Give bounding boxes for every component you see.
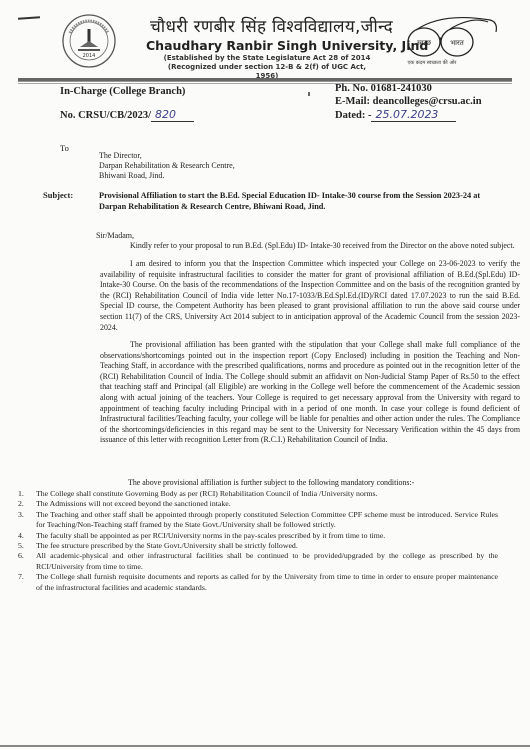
paragraph-text: I am desired to inform you that the Insp… xyxy=(100,259,520,332)
svg-text:एक कदम स्वच्छता की ओर: एक कदम स्वच्छता की ओर xyxy=(408,59,458,66)
condition-item: 7.The College shall furnish requisite do… xyxy=(18,572,498,593)
condition-item: 1.The College shall constitute Governing… xyxy=(18,489,498,499)
page-bottom-edge xyxy=(0,745,530,747)
to-label: To xyxy=(60,143,69,153)
letterhead-divider-thin xyxy=(18,83,512,84)
condition-number: 4. xyxy=(18,531,36,541)
letter-page: 2014 स्वच्छ भारत एक कदम स्वच्छता की ओर च… xyxy=(0,0,530,750)
subject-label: Subject: xyxy=(43,190,73,200)
scan-mark xyxy=(18,16,40,20)
body-paragraph: I am desired to inform you that the Insp… xyxy=(100,259,520,333)
condition-text: All academic-physical and other infrastr… xyxy=(36,551,498,572)
paragraph-text: The provisional affiliation has been gra… xyxy=(100,340,520,444)
conditions-intro: The above provisional affiliation is fur… xyxy=(128,478,414,487)
reference-prefix: No. CRSU/CB/2023/ xyxy=(60,110,151,121)
established-line: (Established by the State Legislature Ac… xyxy=(162,54,372,63)
reference-number: No. CRSU/CB/2023/820 xyxy=(60,108,194,121)
condition-text: The faculty shall be appointed as per RC… xyxy=(36,531,498,541)
office-name: In-Charge (College Branch) xyxy=(60,86,185,97)
condition-item: 4.The faculty shall be appointed as per … xyxy=(18,531,498,541)
condition-number: 5. xyxy=(18,541,36,551)
condition-item: 5.The fee structure prescribed by the St… xyxy=(18,541,498,551)
condition-text: The College shall furnish requisite docu… xyxy=(36,572,498,593)
salutation: Sir/Madam, xyxy=(96,231,134,240)
condition-text: The Teaching and other staff shall be ap… xyxy=(36,510,498,531)
establishment-note: (Established by the State Legislature Ac… xyxy=(162,54,372,81)
phone-number: Ph. No. 01681-241030 xyxy=(335,83,432,94)
condition-number: 6. xyxy=(18,551,36,572)
subject-text: Provisional Affiliation to start the B.E… xyxy=(99,190,489,212)
condition-text: The College shall constitute Governing B… xyxy=(36,489,498,499)
condition-text: The fee structure prescribed by the Stat… xyxy=(36,541,498,551)
condition-number: 1. xyxy=(18,489,36,499)
condition-item: 2.The Admissions will not exceed beyond … xyxy=(18,499,498,509)
conditions-list: 1.The College shall constitute Governing… xyxy=(18,489,498,593)
recipient-line: The Director, xyxy=(99,151,235,161)
condition-item: 6.All academic-physical and other infras… xyxy=(18,551,498,572)
svg-text:भारत: भारत xyxy=(450,39,465,47)
condition-item: 3.The Teaching and other staff shall be … xyxy=(18,510,498,531)
svg-text:2014: 2014 xyxy=(83,53,96,59)
recipient-line: Bhiwani Road, Jind. xyxy=(99,171,235,181)
date-handwritten: 25.07.2023 xyxy=(371,108,456,122)
condition-number: 7. xyxy=(18,572,36,593)
body-paragraph: The provisional affiliation has been gra… xyxy=(100,340,520,446)
scan-speck xyxy=(308,92,310,96)
recipient-line: Darpan Rehabilitation & Research Centre, xyxy=(99,161,235,171)
university-name-hindi: चौधरी रणबीर सिंह विश्वविद्यालय,जीन्द xyxy=(150,14,393,37)
body-paragraph: Kindly refer to your proposal to run B.E… xyxy=(100,241,520,252)
paragraph-text: Kindly refer to your proposal to run B.E… xyxy=(130,241,515,250)
date-prefix: Dated: - xyxy=(335,110,371,121)
letterhead-divider xyxy=(18,78,512,82)
university-seal-icon: 2014 xyxy=(60,13,118,69)
letter-date: Dated: -25.07.2023 xyxy=(335,108,456,121)
university-name-english: Chaudhary Ranbir Singh University, Jind xyxy=(146,38,428,53)
recipient-address: The Director, Darpan Rehabilitation & Re… xyxy=(99,151,235,181)
condition-number: 3. xyxy=(18,510,36,531)
reference-number-handwritten: 820 xyxy=(151,108,194,122)
condition-text: The Admissions will not exceed beyond th… xyxy=(36,499,498,509)
condition-number: 2. xyxy=(18,499,36,509)
email-address: E-Mail: deancolleges@crsu.ac.in xyxy=(335,96,482,107)
